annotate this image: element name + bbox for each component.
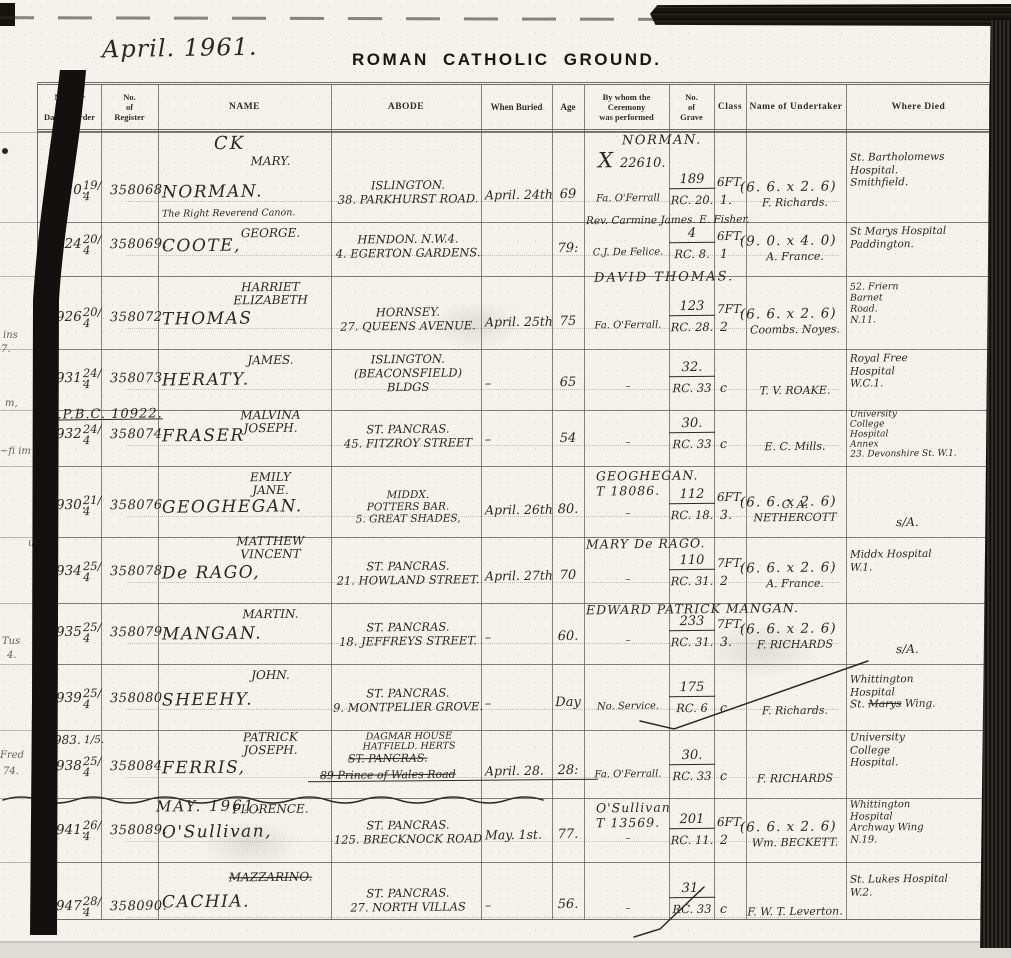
ceremony-by: – xyxy=(586,508,670,520)
ceremony-by: – xyxy=(586,381,670,393)
grave-section: RC. 11. xyxy=(669,833,715,847)
ceremony-by: Fa. O'Ferrall. xyxy=(586,769,670,781)
table-header: Number and Date of Order No. of Register… xyxy=(38,85,989,132)
when-buried: April. 27th xyxy=(485,568,555,584)
undertaker: F. W. T. Leverton. xyxy=(744,904,846,918)
age: 77. xyxy=(554,827,582,842)
grave-dimensions: (9. 0. x 4. 0) xyxy=(740,232,837,249)
undertaker: E. C. Mills. xyxy=(744,439,846,453)
class: 3. xyxy=(720,507,732,522)
given-name: MARY. xyxy=(188,154,353,169)
grave-owner-number: X22610. xyxy=(598,148,666,173)
undertaker: F. Richards. xyxy=(744,195,846,209)
age: 54 xyxy=(554,431,582,446)
surname: O'Sullivan, xyxy=(162,821,272,842)
when-buried: April. 24th xyxy=(485,187,555,203)
class: 2 xyxy=(720,832,728,847)
register-number: 358069. xyxy=(110,237,167,253)
class: c xyxy=(720,901,727,916)
given-name: PATRICK JOSEPH. xyxy=(188,730,353,758)
when-buried: April. 26th xyxy=(485,502,555,518)
given-name: MAZZARINO. xyxy=(188,870,353,885)
surname: HERATY. xyxy=(162,370,250,391)
grave-number: 110 xyxy=(669,553,715,570)
given-name: JAMES. xyxy=(188,353,353,368)
undertaker: C. A. NETHERCOTT xyxy=(744,497,846,524)
age: 65 xyxy=(554,375,582,390)
wing-suffix: Wing. xyxy=(901,698,935,710)
where-died: St. Bartholomews Hospital. Smithfield. xyxy=(850,150,988,189)
age: 70 xyxy=(554,568,582,583)
column-divider xyxy=(846,85,847,919)
where-died: Whittington Hospital Archway Wing N.19. xyxy=(850,798,988,845)
undertaker: T. V. ROAKE. xyxy=(744,383,846,397)
when-buried: April. 25th xyxy=(485,314,555,330)
grave-section: RC. 18. xyxy=(669,508,715,522)
when-buried: – xyxy=(485,375,555,391)
where-died: University College Hospital Annex 23. De… xyxy=(850,408,989,459)
ceremony-by: Fa. O'Ferrall. xyxy=(586,320,670,332)
grave-section: RC. 33 xyxy=(669,437,715,451)
undertaker: F. RICHARDS xyxy=(744,637,846,651)
grave-dimensions: (6. 6. x 2. 6) xyxy=(740,620,837,637)
age: 79: xyxy=(554,241,582,256)
undertaker: A. France. xyxy=(744,576,846,590)
abode: ST. PANCRAS. 9. MONTPELIER GROVE. xyxy=(332,685,484,715)
surname: CACHIA. xyxy=(162,892,250,913)
paper: April. 1961. ROMAN CATHOLIC GROUND. ins … xyxy=(0,0,1011,943)
abode: HENDON. N.W.4. 4. EGERTON GARDENS. xyxy=(332,231,484,261)
where-died-same-address: s/A. xyxy=(896,642,919,656)
x-mark: X xyxy=(598,148,613,172)
grave-dimensions: (6. 6. x 2. 6) xyxy=(740,818,837,835)
where-died: 52. Friern Barnet Road. N.11. xyxy=(850,280,988,325)
name-note: The Right Reverend Canon. xyxy=(162,207,295,219)
grave-number: 30. xyxy=(669,416,715,433)
where-died: St. Lukes Hospital W.2. xyxy=(850,872,988,898)
abode-corrected: DAGMAR HOUSE HATFIELD. HERTS xyxy=(334,731,484,753)
class: 2 xyxy=(720,573,728,588)
abode: ST. PANCRAS. 27. NORTH VILLAS xyxy=(332,885,484,915)
month-year-handwritten: April. 1961. xyxy=(102,33,258,64)
burial-register-table: Number and Date of Order No. of Register… xyxy=(37,82,990,920)
abode: ISLINGTON. (BEACONSFIELD) BLDGS xyxy=(332,351,484,395)
class: c xyxy=(720,436,727,451)
grave-section: RC. 31. xyxy=(669,574,715,588)
ceremony-by: – xyxy=(586,635,670,647)
register-number: 358076 xyxy=(110,498,163,514)
surname: De RAGO, xyxy=(162,562,260,583)
grave-number: 189 xyxy=(669,172,715,189)
when-buried: April. 28. xyxy=(485,763,555,779)
where-died-same-address: s/A. xyxy=(896,515,919,529)
header-ceremony: By whom the Ceremony was performed xyxy=(584,85,669,129)
header-when-buried: When Buried xyxy=(481,85,552,129)
check-notation: CK xyxy=(214,133,245,154)
grave-number: 201 xyxy=(669,812,715,829)
ceremony-by: – xyxy=(586,574,670,586)
surname: THOMAS xyxy=(162,309,253,330)
check-mark xyxy=(626,885,716,945)
surname: GEOGHEGAN. xyxy=(162,496,303,517)
where-died: St Marys Hospital Paddington. xyxy=(850,224,988,250)
register-number: 358068. xyxy=(110,183,167,199)
register-number: 358072 xyxy=(110,310,163,326)
surname: NORMAN. xyxy=(162,181,263,202)
given-name: GEORGE. xyxy=(188,226,353,241)
grave-number: 30. xyxy=(669,748,715,765)
surname: FRASER xyxy=(162,426,245,447)
abode: HORNSEY. 27. QUEENS AVENUE. xyxy=(332,304,484,334)
header-undertaker: Name of Undertaker xyxy=(746,85,846,129)
grave-dimensions: (6. 6. x 2. 6) xyxy=(740,178,837,195)
scanned-register-page: April. 1961. ROMAN CATHOLIC GROUND. ins … xyxy=(0,0,1011,958)
grave-owner-name: MARY De RAGO. xyxy=(586,535,706,551)
surname: SHEEHY. xyxy=(162,690,253,711)
undertaker: F. RICHARDS xyxy=(744,771,846,785)
given-name: HARRIET ELIZABETH xyxy=(188,280,353,308)
column-divider xyxy=(584,85,585,919)
page-title: ROMAN CATHOLIC GROUND. xyxy=(352,50,662,70)
register-number: 358084 xyxy=(110,759,163,775)
header-where-died: Where Died xyxy=(846,85,991,129)
age: 75 xyxy=(554,314,582,329)
grave-owner-name: O'Sullivan T 13569. xyxy=(596,800,671,831)
age: 60. xyxy=(554,629,582,644)
ceremony-by: – xyxy=(586,437,670,449)
header-class: Class xyxy=(714,85,746,129)
class: c xyxy=(720,380,727,395)
when-buried: – xyxy=(485,695,555,711)
header-name: NAME xyxy=(158,85,331,129)
grave-number: 233 xyxy=(669,614,715,631)
register-number: 358074 xyxy=(110,427,163,443)
surname: MANGAN. xyxy=(162,623,262,644)
given-name: EMILY JANE. xyxy=(188,470,353,498)
abode: MIDDX. POTTERS BAR. 5. GREAT SHADES, xyxy=(332,488,484,526)
abode: ST. PANCRAS. 21. HOWLAND STREET. xyxy=(332,558,484,588)
undertaker: A. France. xyxy=(744,249,846,263)
class: 1. xyxy=(720,192,732,207)
grave-dimensions: (6. 6. x 2. 6) xyxy=(740,559,837,576)
register-number: 358089. xyxy=(110,823,167,839)
register-number: 358090. xyxy=(110,899,167,915)
abode: ST. PANCRAS. 45. FITZROY STREET xyxy=(332,421,484,451)
header-grave: No. of Grave xyxy=(669,85,714,129)
when-buried: – xyxy=(485,629,555,645)
grave-section: RC. 31. xyxy=(669,635,715,649)
check-mark xyxy=(630,657,880,737)
grave-number: 32. xyxy=(669,360,715,377)
grave-number: 123 xyxy=(669,299,715,316)
grave-number: 112 xyxy=(669,487,715,504)
age: 69 xyxy=(554,187,582,202)
register-number: 358079. xyxy=(110,625,167,641)
register-number: 358078. xyxy=(110,564,167,580)
ceremony-by-2: Rev. Carmine James. E. Fisher. xyxy=(586,213,806,227)
age: 56. xyxy=(554,897,582,912)
given-name: MARTIN. xyxy=(188,607,353,622)
header-abode: ABODE xyxy=(331,85,481,129)
register-row-sheehy: 939 25/ 4 358080 JOHN. SHEEHY. ST. PANCR… xyxy=(38,664,989,730)
abode: ISLINGTON. 38. PARKHURST ROAD. xyxy=(332,177,484,207)
grave-section: RC. 33 xyxy=(669,381,715,395)
binding-shadow xyxy=(0,0,110,941)
class: 1 xyxy=(720,246,728,261)
register-number: 358073. xyxy=(110,371,167,387)
ceremony-by: Fa. O'Ferrall xyxy=(586,193,670,205)
abode: ST. PANCRAS. 18. JEFFREYS STREET. xyxy=(332,619,484,649)
grave-number: 4 xyxy=(669,226,715,243)
undertaker: Wm. BECKETT. xyxy=(744,835,846,849)
where-died: Middx Hospital W.1. xyxy=(850,547,988,573)
grave-owner-name: DAVID THOMAS. xyxy=(594,269,734,285)
class: 3. xyxy=(720,634,732,649)
grave-owner-name: NORMAN. xyxy=(622,133,702,149)
given-name: JOHN. xyxy=(188,668,353,683)
ceremony-by: – xyxy=(586,833,670,845)
register-number: 358080 xyxy=(110,691,163,707)
grave-section: RC. 33 xyxy=(669,769,715,783)
ceremony-by: C.J. De Felice. xyxy=(586,247,670,259)
abode: ST. PANCRAS. 125. BRECKNOCK ROAD xyxy=(332,817,484,847)
abode-struck-1: ST. PANCRAS. xyxy=(348,752,428,766)
when-buried: May. 1st. xyxy=(485,827,555,843)
age: Day xyxy=(554,695,582,710)
age: 28: xyxy=(554,763,582,778)
given-name: MATTHEW VINCENT xyxy=(188,534,353,562)
where-died: Royal Free Hospital W.C.1. xyxy=(850,351,988,390)
when-buried: – xyxy=(485,431,555,447)
when-buried: – xyxy=(485,897,555,913)
class: c xyxy=(720,768,727,783)
class: 2 xyxy=(720,319,728,334)
grave-dimensions: (6. 6. x 2. 6) xyxy=(740,305,837,322)
grave-section: RC. 28. xyxy=(669,320,715,334)
grave-section: RC. 20. xyxy=(669,193,715,207)
grave-section: RC. 8. xyxy=(669,247,715,261)
header-age: Age xyxy=(552,85,584,129)
surname: FERRIS, xyxy=(162,758,246,779)
scan-top-shadow xyxy=(650,4,1011,26)
undertaker: Coombs. Noyes. xyxy=(744,322,846,336)
grave-owner-name: EDWARD PATRICK MANGAN. xyxy=(586,600,846,618)
age: 80. xyxy=(554,502,582,517)
owner-number: 22610. xyxy=(620,156,666,171)
